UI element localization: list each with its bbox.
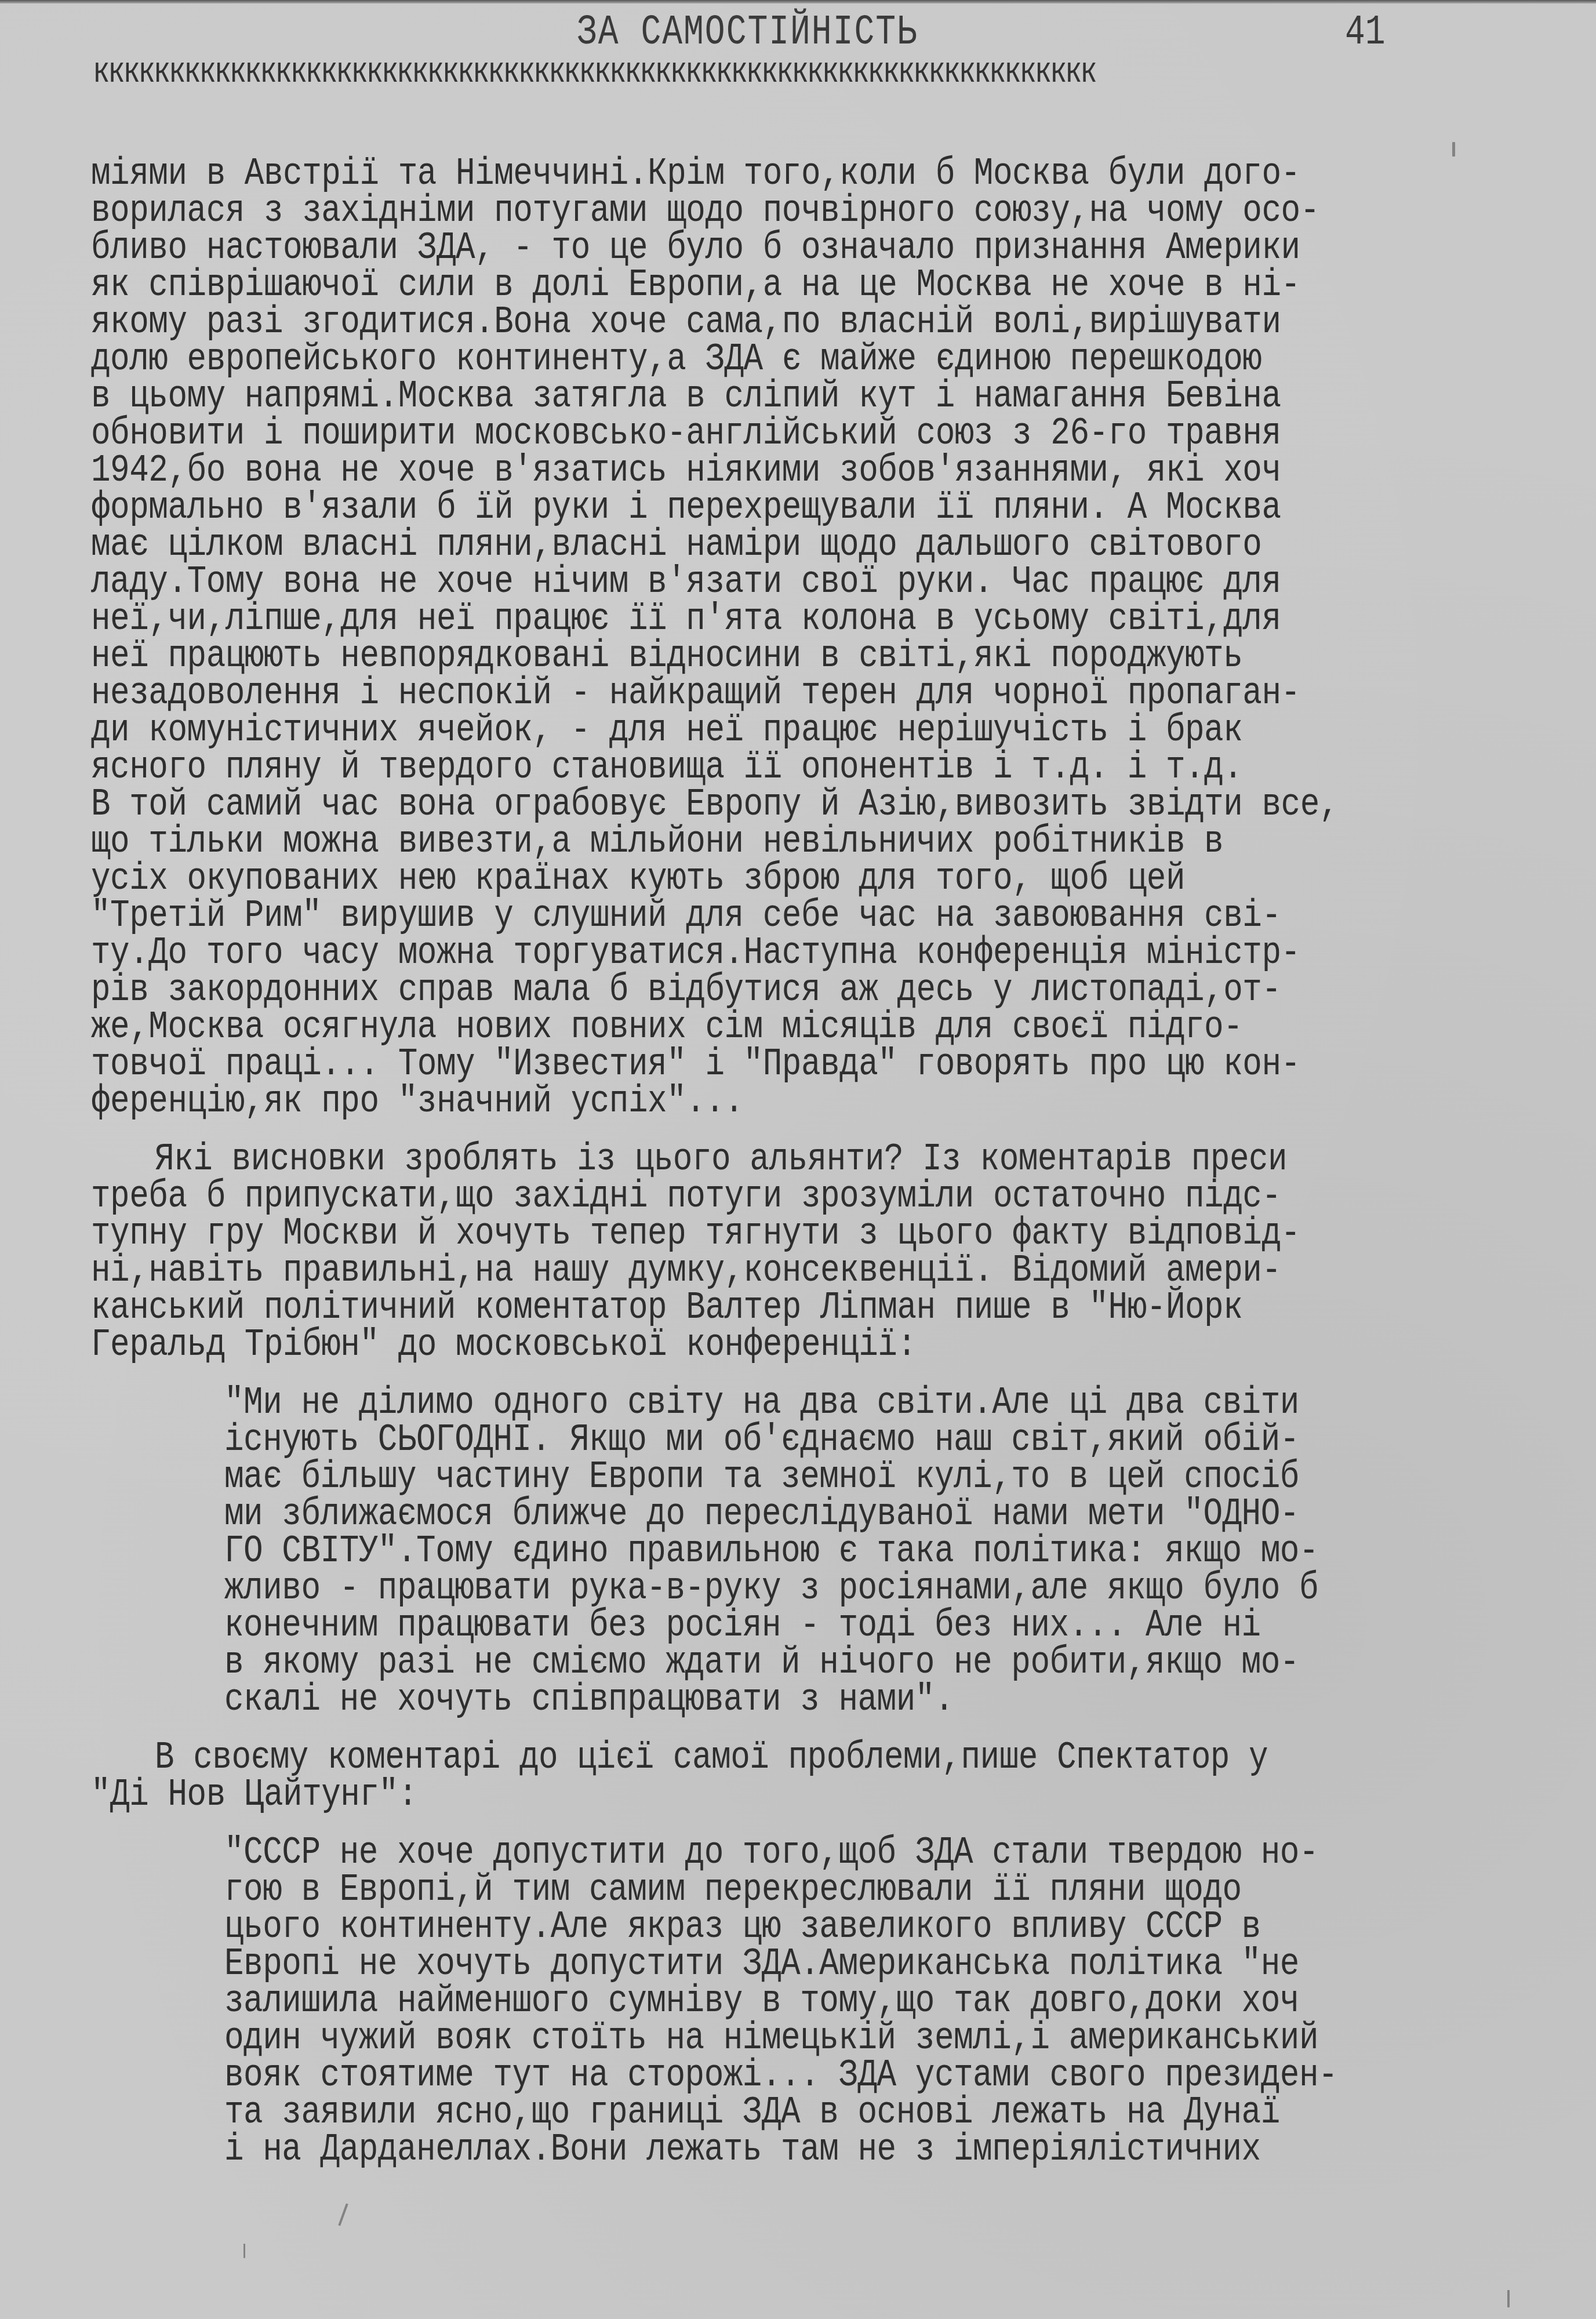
paragraph-1: міями в Австрії та Німеччині.Крім того,к… (91, 152, 1575, 1117)
paper-speck (1507, 2290, 1510, 2307)
quote-lippmann: "Ми не ділимо одного світу на два світи.… (91, 1381, 1575, 1715)
text-line: Геральд Трібюн" до московської конференц… (91, 1323, 1575, 1367)
text-line: "Ді Нов Цайтунг": (91, 1773, 1575, 1817)
document-page: ЗА САМОСТІЙНІСТЬ 41 кккккккккккккккккккк… (0, 0, 1596, 2319)
paragraph-2: Які висновки зроблять із цього альянти? … (91, 1137, 1575, 1360)
typed-separator-rule: кккккккккккккккккккккккккккккккккккккккк… (93, 51, 1449, 93)
paper-speck (338, 2204, 348, 2226)
quote-spectator: "СССР не хоче допустити до того,щоб ЗДА … (91, 1831, 1575, 2165)
page-header: ЗА САМОСТІЙНІСТЬ 41 (0, 5, 1596, 45)
text-line: ференцію,як про "значний успіх"... (91, 1079, 1575, 1124)
paper-speck (1452, 142, 1455, 157)
paper-speck (243, 2244, 245, 2258)
quote-line: скалі не хочуть співпрацювати з нами". (91, 1678, 1575, 1722)
paragraph-3: В своєму коментарі до цієї самої проблем… (91, 1736, 1575, 1810)
document-body: міями в Австрії та Німеччині.Крім того,к… (91, 152, 1575, 2165)
page-top-edge (0, 0, 1596, 3)
page-number: 41 (1345, 9, 1386, 56)
journal-title: ЗА САМОСТІЙНІСТЬ (577, 9, 918, 56)
quote-line: і на Дарданеллах.Вони лежать там не з ім… (91, 2128, 1575, 2172)
